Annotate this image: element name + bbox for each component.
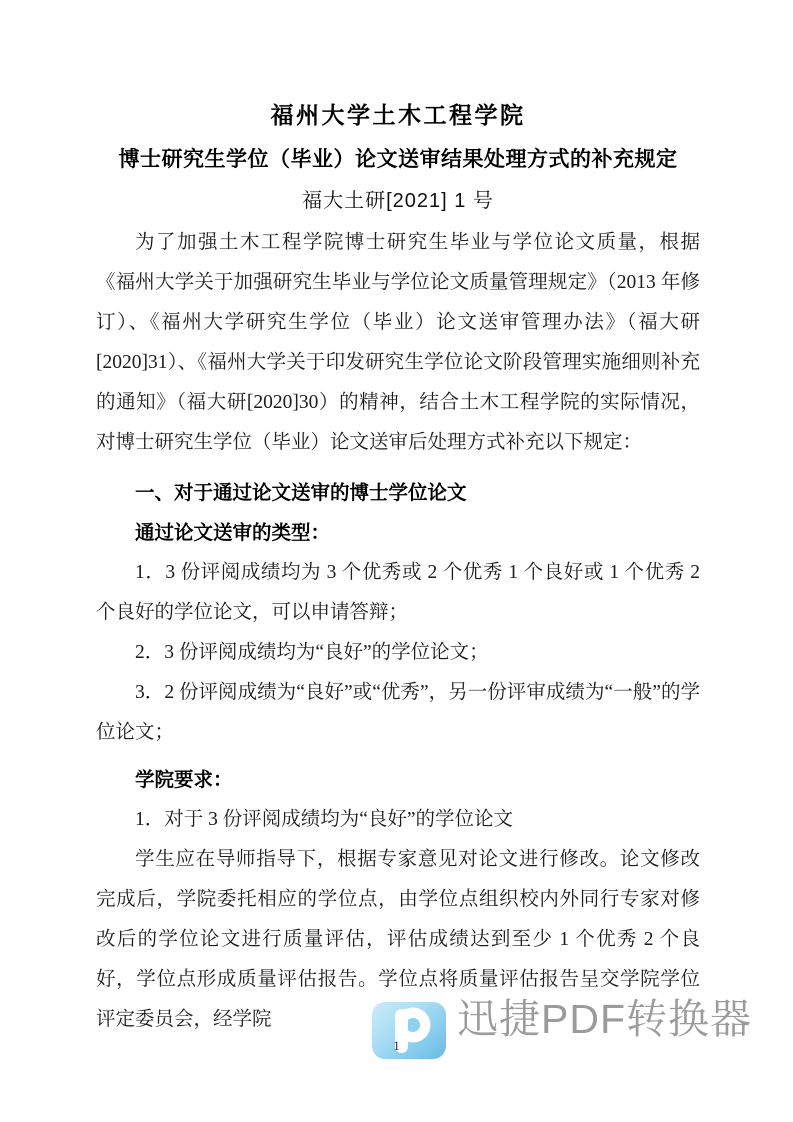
doc-subtitle: 博士研究生学位（毕业）论文送审结果处理方式的补充规定 xyxy=(96,146,700,173)
doc-title: 福州大学土木工程学院 xyxy=(96,100,700,130)
section-1-heading: 一、对于通过论文送审的博士学位论文 xyxy=(96,473,700,513)
page-number: 1 xyxy=(0,1038,793,1054)
document-page: 福州大学土木工程学院 博士研究生学位（毕业）论文送审结果处理方式的补充规定 福大… xyxy=(0,0,793,1122)
pass-types-heading: 通过论文送审的类型： xyxy=(96,513,700,553)
pass-type-item-2: 2．3 份评阅成绩均为“良好”的学位论文； xyxy=(96,633,700,673)
watermark-text: 迅捷PDF转换器 xyxy=(457,997,752,1041)
pass-type-item-1: 1．3 份评阅成绩均为 3 个优秀或 2 个优秀 1 个良好或 1 个优秀 2 … xyxy=(96,553,700,633)
intro-paragraph: 为了加强土木工程学院博士研究生毕业与学位论文质量，根据《福州大学关于加强研究生毕… xyxy=(96,223,700,463)
pass-type-item-3: 3．2 份评阅成绩为“良好”或“优秀”，另一份评审成绩为“一般”的学位论文； xyxy=(96,673,700,753)
college-requirements-heading: 学院要求： xyxy=(96,760,700,800)
requirement-item-1: 1．对于 3 份评阅成绩均为“良好”的学位论文 xyxy=(96,800,700,840)
doc-number: 福大土研[2021] 1 号 xyxy=(96,188,700,214)
